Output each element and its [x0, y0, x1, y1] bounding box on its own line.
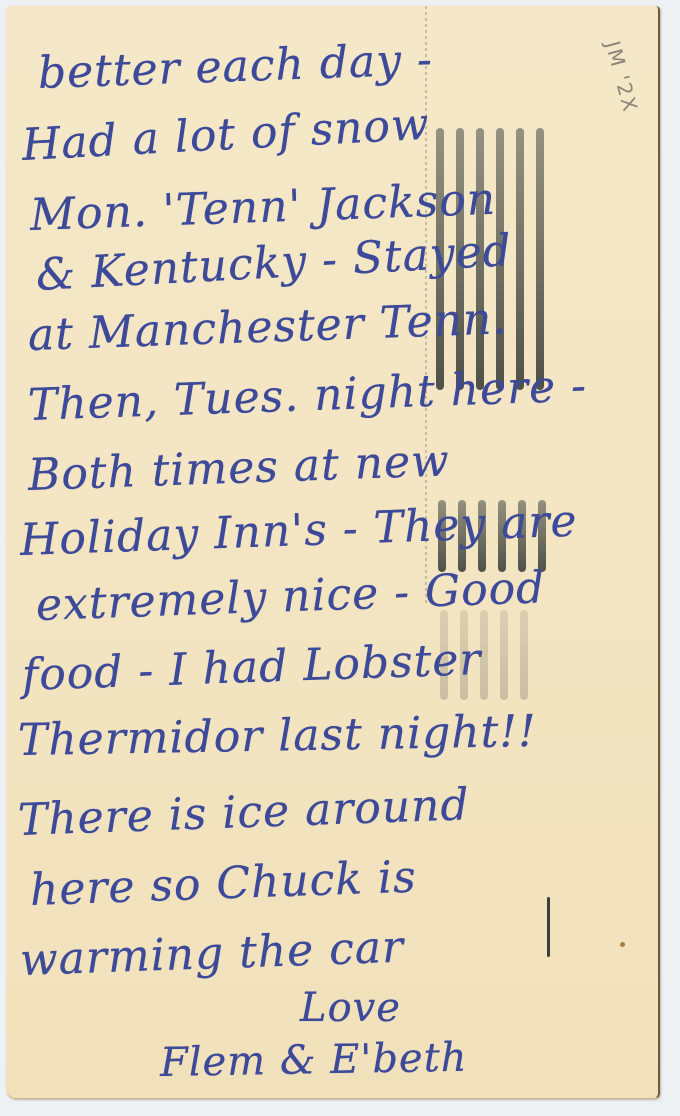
- message-line: better each day -: [37, 34, 434, 99]
- message-line: There is ice around: [17, 779, 470, 846]
- message-line: extremely nice - Good: [35, 562, 546, 631]
- message-line: Had a lot of snow: [21, 99, 431, 171]
- ink-mark: [547, 897, 550, 957]
- closing: Love: [300, 985, 401, 1031]
- message-line: warming the car: [19, 922, 405, 986]
- message-line: Holiday Inn's - They are: [19, 496, 578, 566]
- message-line: here so Chuck is: [29, 852, 417, 916]
- message-line: Then, Tues. night here -: [27, 360, 588, 430]
- signature: Flem & E'beth: [160, 1035, 468, 1086]
- message-line: food - I had Lobster: [21, 634, 482, 701]
- message-line: at Manchester Tenn.: [27, 293, 508, 361]
- handwritten-message: better each day - Had a lot of snow Mon.…: [0, 0, 680, 1116]
- message-line: Both times at new: [27, 435, 450, 501]
- paper-spot: [620, 942, 625, 947]
- message-line: Thermidor last night!!: [18, 706, 538, 766]
